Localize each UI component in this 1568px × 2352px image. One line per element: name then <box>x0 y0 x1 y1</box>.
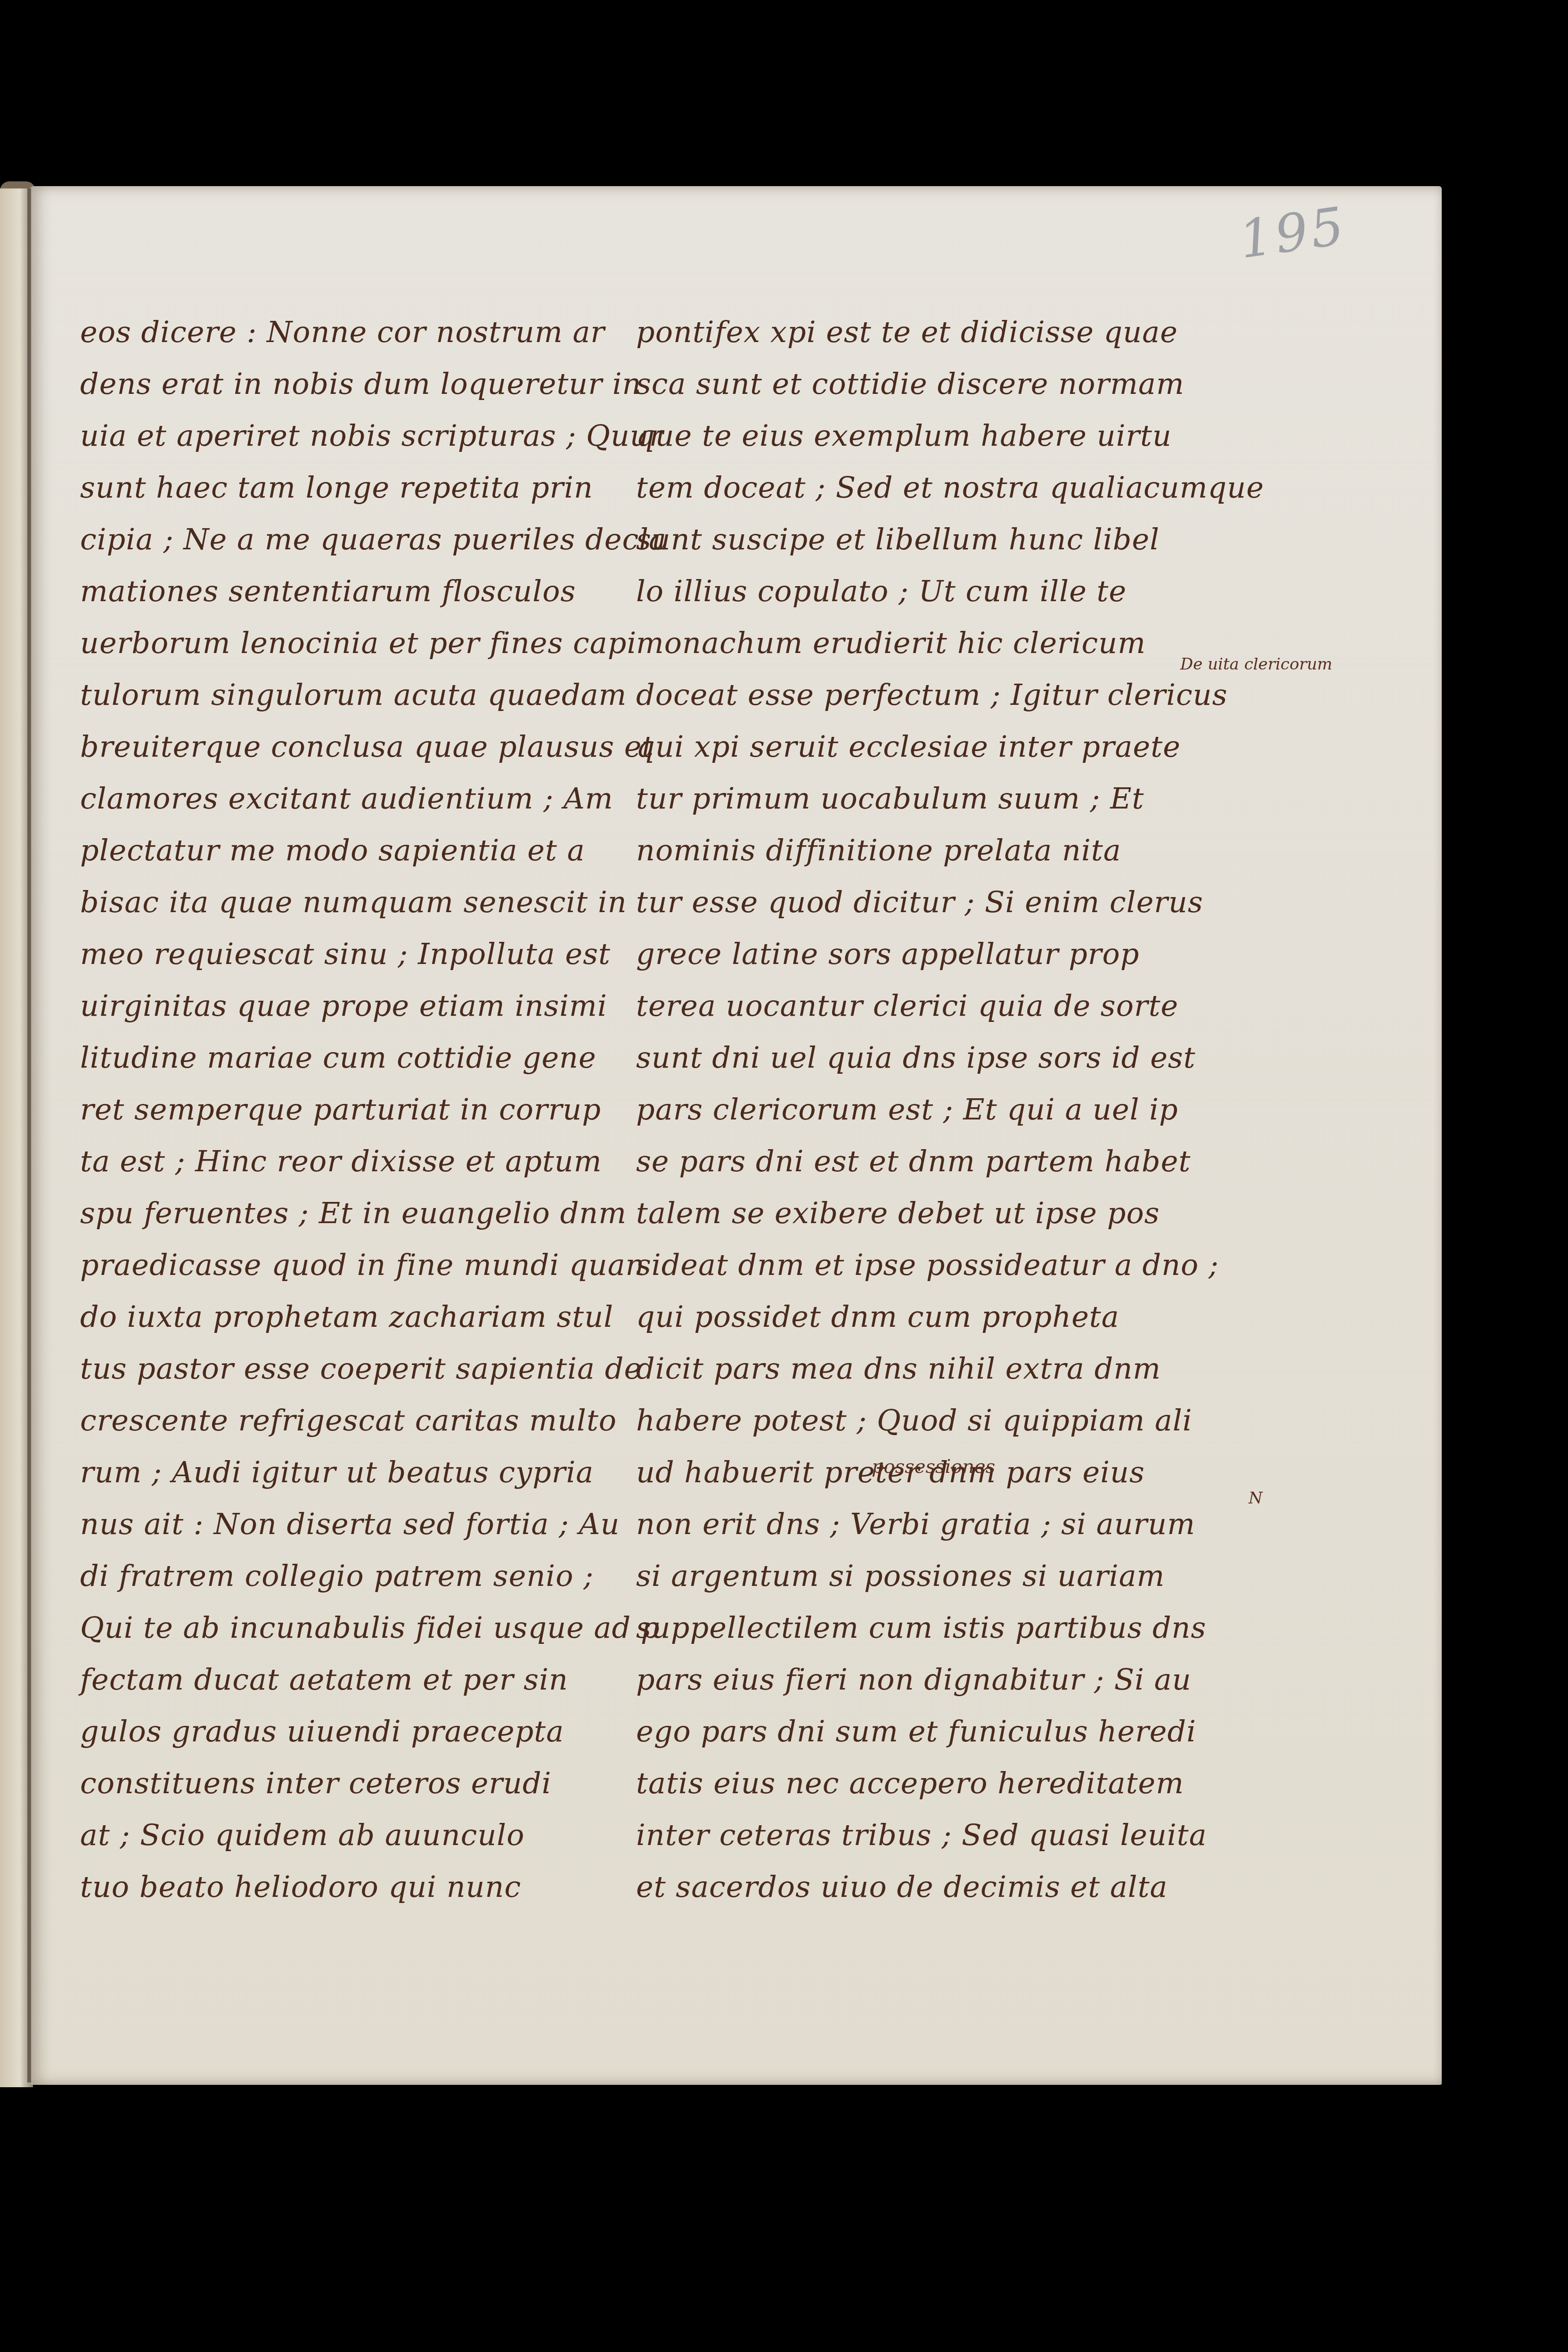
text-line: tem doceat ; Sed et nostra qualiacumque <box>636 462 1183 514</box>
text-line: tur esse quod dicitur ; Si enim clerus <box>636 876 1183 928</box>
text-line: inter ceteras tribus ; Sed quasi leuita <box>636 1809 1183 1861</box>
text-line: breuiterque conclusa quae plausus et <box>80 721 627 773</box>
text-line: et sacerdos uiuo de decimis et alta <box>636 1861 1183 1913</box>
text-line: rum ; Audi igitur ut beatus cypria <box>80 1446 627 1498</box>
text-line: gulos gradus uiuendi praecepta <box>80 1706 627 1757</box>
text-line: non erit dns ; Verbi gratia ; si aurum <box>636 1498 1183 1550</box>
text-line: dens erat in nobis dum loqueretur in <box>80 358 627 410</box>
text-line: nominis diffinitione prelata nita <box>636 825 1183 876</box>
text-line: uia et aperiret nobis scripturas ; Quur <box>80 410 627 462</box>
text-line: litudine mariae cum cottidie gene <box>80 1032 627 1084</box>
text-line: talem se exibere debet ut ipse pos <box>636 1187 1183 1239</box>
text-line: suppellectilem cum istis partibus dns <box>636 1602 1183 1654</box>
interlinear-gloss: possessiones <box>872 1456 995 1478</box>
text-line: eos dicere : Nonne cor nostrum ar <box>80 306 627 358</box>
text-line: do iuxta prophetam zachariam stul <box>80 1291 627 1343</box>
text-line: tur primum uocabulum suum ; Et <box>636 773 1183 825</box>
text-line: sunt dni uel quia dns ipse sors id est <box>636 1032 1183 1084</box>
text-line: meo requiescat sinu ; Inpolluta est <box>80 928 627 980</box>
text-line: qui possidet dnm cum propheta <box>636 1291 1183 1343</box>
text-line: nus ait : Non diserta sed fortia ; Au <box>80 1498 627 1550</box>
text-line: Qui te ab incunabulis fidei usque ad p <box>80 1602 627 1654</box>
text-line: uerborum lenocinia et per fines capi <box>80 617 627 669</box>
text-line: sunt haec tam longe repetita prin <box>80 462 627 514</box>
text-line: fectam ducat aetatem et per sin <box>80 1654 627 1706</box>
text-line: que te eius exemplum habere uirtu <box>636 410 1183 462</box>
text-line: tulorum singulorum acuta quaedam <box>80 669 627 721</box>
text-line: dicit pars mea dns nihil extra dnm <box>636 1343 1183 1395</box>
text-line: qui xpi seruit ecclesiae inter praete <box>636 721 1183 773</box>
text-line: sca sunt et cottidie discere normam <box>636 358 1183 410</box>
text-line: spu feruentes ; Et in euangelio dnm <box>80 1187 627 1239</box>
text-line: lo illius copulato ; Ut cum ille te <box>636 565 1183 617</box>
text-line: monachum erudierit hic clericum <box>636 617 1183 669</box>
text-line: si argentum si possiones si uariam <box>636 1550 1183 1602</box>
text-line: cipia ; Ne a me quaeras pueriles decla <box>80 514 627 565</box>
text-line: sideat dnm et ipse possideatur a dno ; <box>636 1239 1183 1291</box>
marginal-note: N <box>1249 1489 1263 1508</box>
text-line: ret semperque parturiat in corrup <box>80 1084 627 1135</box>
text-line: clamores excitant audientium ; Am <box>80 773 627 825</box>
text-line: at ; Scio quidem ab auunculo <box>80 1809 627 1861</box>
text-line: plectatur me modo sapientia et a <box>80 825 627 876</box>
text-line: tatis eius nec accepero hereditatem <box>636 1757 1183 1809</box>
text-line: terea uocantur clerici quia de sorte <box>636 980 1183 1032</box>
text-line: ta est ; Hinc reor dixisse et aptum <box>80 1135 627 1187</box>
text-line: pars eius fieri non dignabitur ; Si au <box>636 1654 1183 1706</box>
left-text-column: eos dicere : Nonne cor nostrum ardens er… <box>80 306 627 1913</box>
gutter-shadow <box>27 188 31 2082</box>
marginal-gloss: De uita clericorum <box>1180 655 1332 674</box>
text-line: crescente refrigescat caritas multo <box>80 1395 627 1446</box>
text-line: uirginitas quae prope etiam insimi <box>80 980 627 1032</box>
text-line: pontifex xpi est te et didicisse quae <box>636 306 1183 358</box>
text-line: tuo beato heliodoro qui nunc <box>80 1861 627 1913</box>
text-line: constituens inter ceteros erudi <box>80 1757 627 1809</box>
right-text-column: pontifex xpi est te et didicisse quaesca… <box>636 306 1183 1913</box>
text-line: pars clericorum est ; Et qui a uel ip <box>636 1084 1183 1135</box>
text-line: grece latine sors appellatur prop <box>636 928 1183 980</box>
text-line: bisac ita quae numquam senescit in <box>80 876 627 928</box>
text-line: ego pars dni sum et funiculus heredi <box>636 1706 1183 1757</box>
text-line: mationes sententiarum flosculos <box>80 565 627 617</box>
text-line: sunt suscipe et libellum hunc libel <box>636 514 1183 565</box>
text-line: di fratrem collegio patrem senio ; <box>80 1550 627 1602</box>
text-line: habere potest ; Quod si quippiam ali <box>636 1395 1183 1446</box>
text-line: tus pastor esse coeperit sapientia de <box>80 1343 627 1395</box>
text-line: se pars dni est et dnm partem habet <box>636 1135 1183 1187</box>
text-line: praedicasse quod in fine mundi quan <box>80 1239 627 1291</box>
text-line: doceat esse perfectum ; Igitur clericus <box>636 669 1183 721</box>
